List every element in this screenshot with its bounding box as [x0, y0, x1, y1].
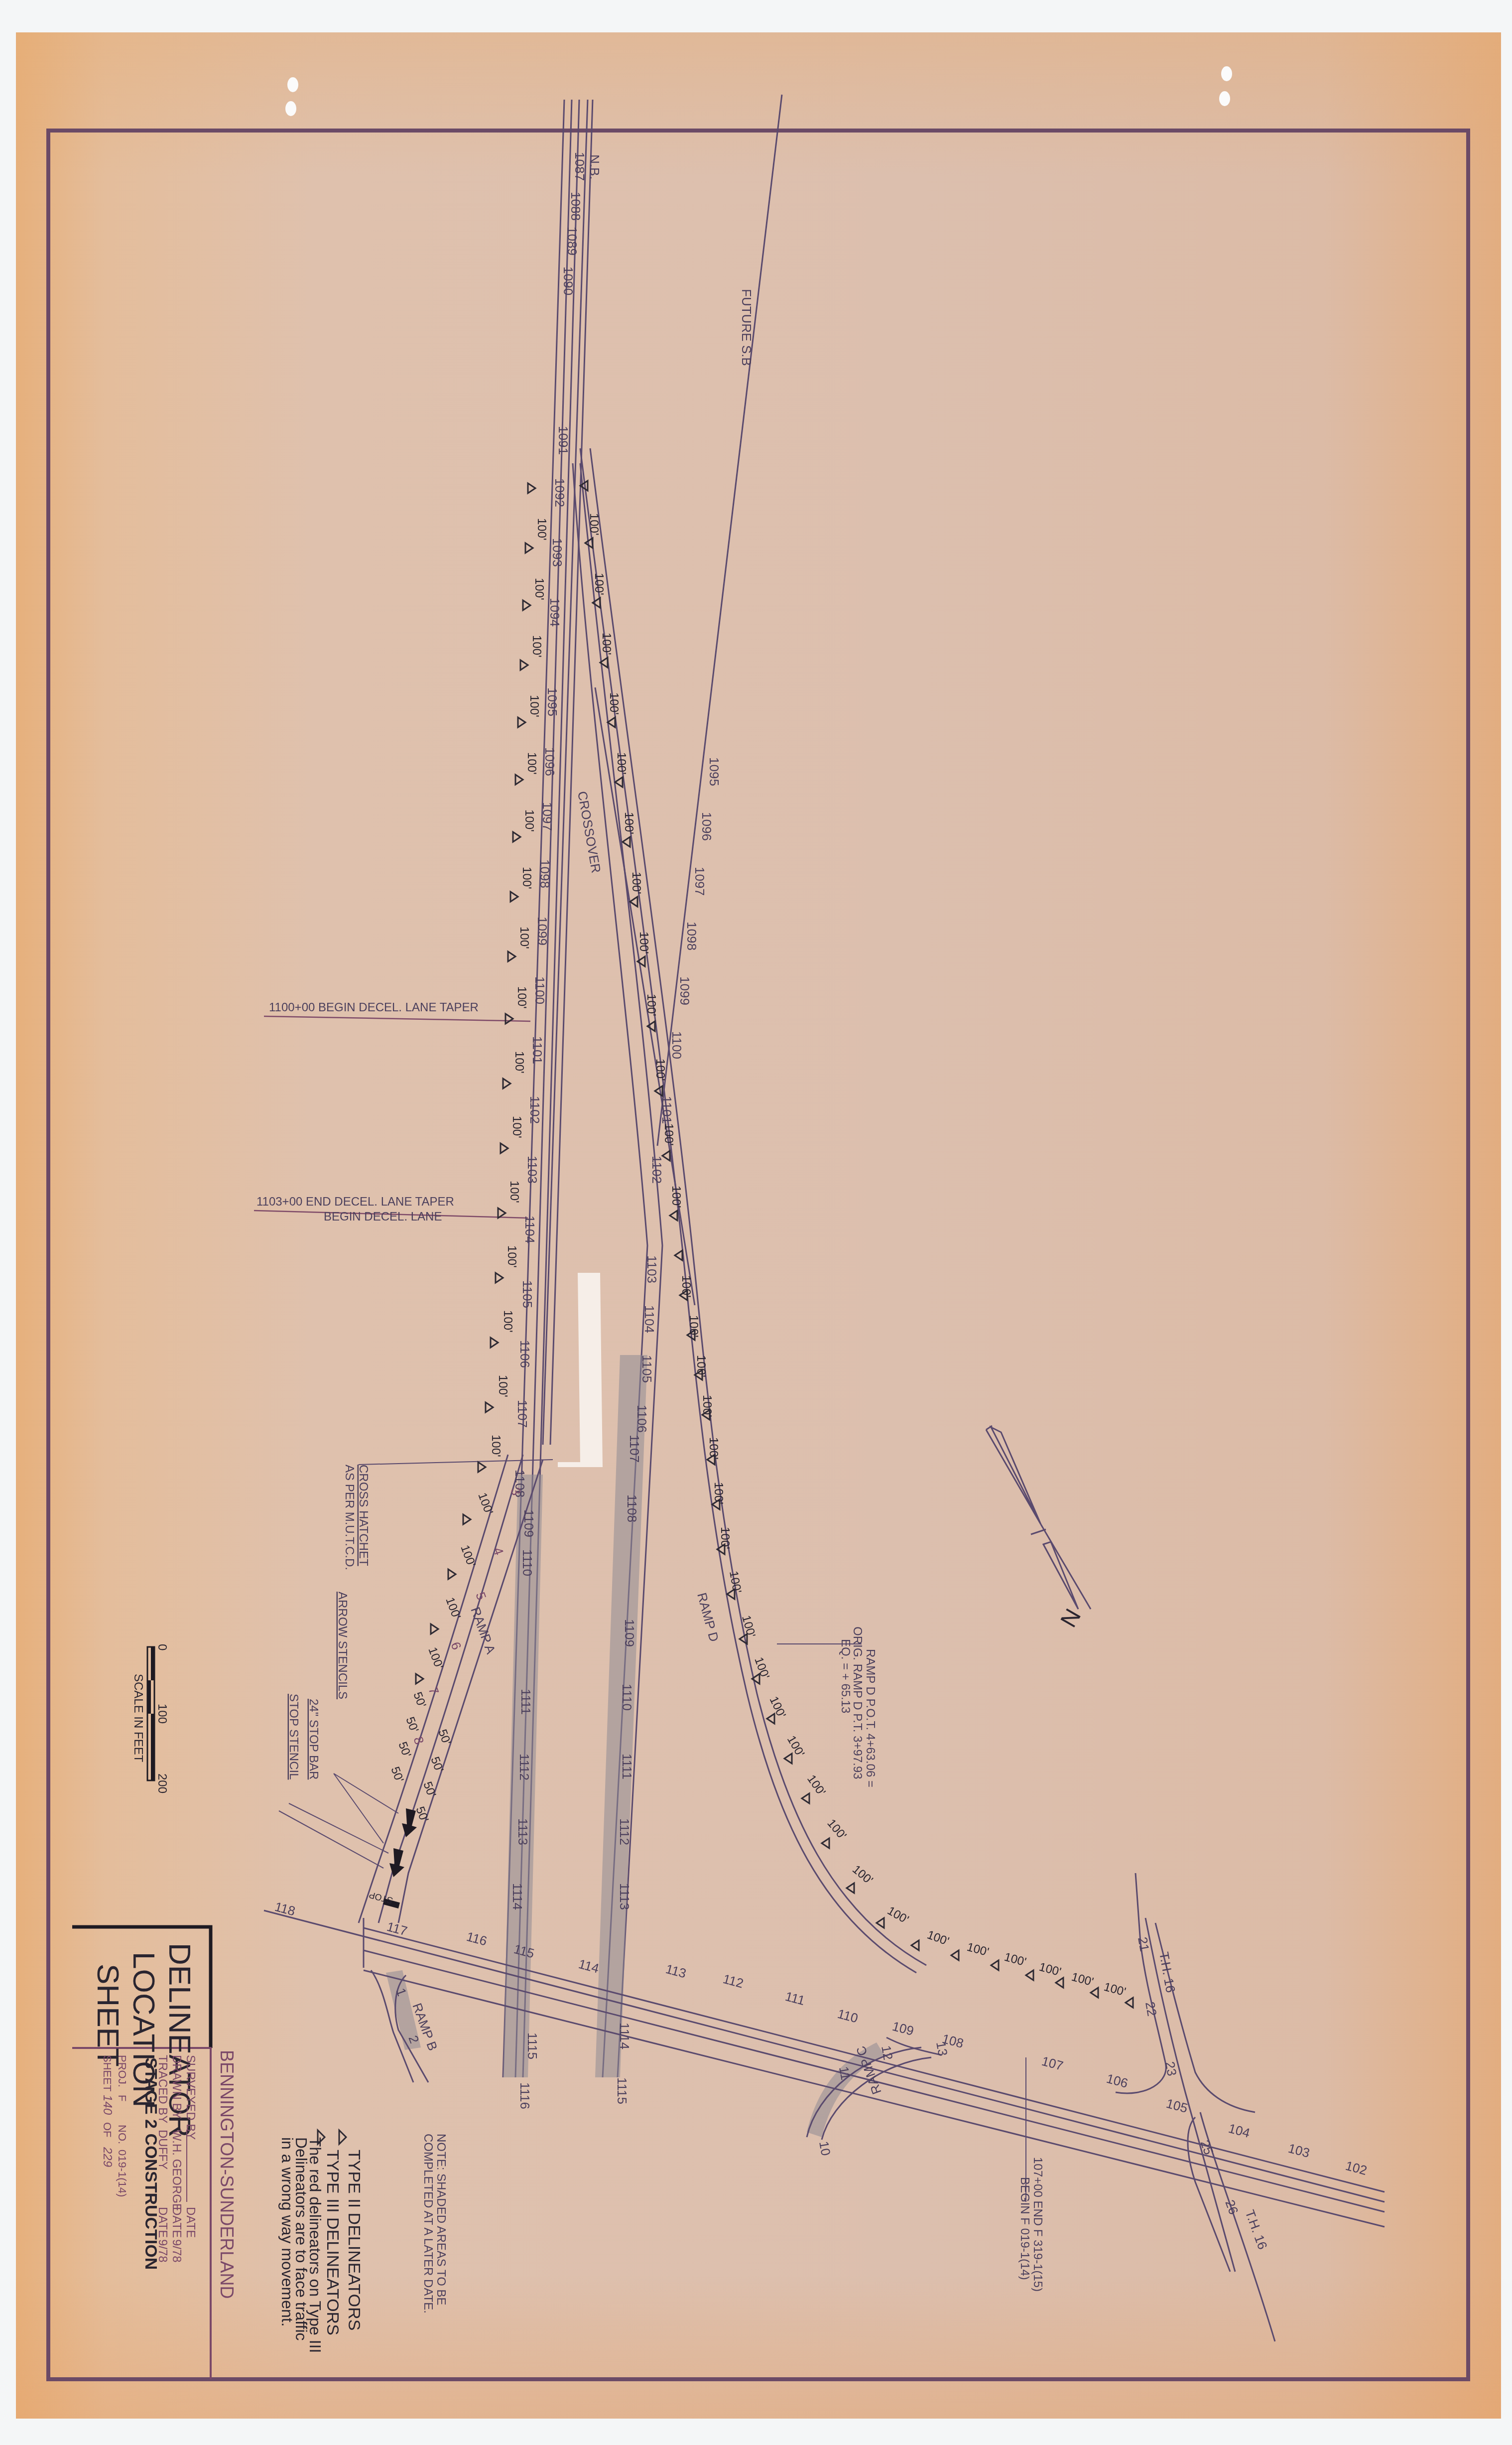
svg-text:104: 104: [1227, 2121, 1252, 2141]
callout-arrow-stencils: ARROW STENCILS: [336, 1592, 349, 1699]
svg-text:1099: 1099: [677, 976, 692, 1005]
svg-text:1115: 1115: [615, 2077, 630, 2104]
title-block: DELINEATOR LOCATION SHEET BENNINGTON-SUN…: [72, 1927, 237, 2379]
svg-text:DATE: DATE: [170, 2207, 183, 2238]
svg-text:1101: 1101: [530, 1036, 545, 1064]
svg-text:1104: 1104: [522, 1216, 537, 1243]
project-name: BENNINGTON-SUNDERLAND: [217, 2050, 237, 2299]
svg-text:1109: 1109: [521, 1509, 536, 1537]
plan-drawing: N: [0, 0, 1512, 2445]
svg-text:100': 100': [501, 1310, 514, 1333]
north-label: N: [1055, 1604, 1086, 1631]
svg-text:DATE: DATE: [184, 2207, 197, 2238]
svg-text:100': 100': [520, 867, 533, 889]
svg-text:SURVEYED BY: SURVEYED BY: [184, 2055, 197, 2140]
svg-text:1114: 1114: [617, 2023, 632, 2049]
svg-text:21: 21: [1135, 1936, 1152, 1953]
svg-text:1110: 1110: [620, 1684, 634, 1711]
scale-bar: 0 100 200 SCALE IN FEET: [131, 1644, 169, 1793]
svg-text:100': 100': [687, 1315, 700, 1338]
svg-text:1113: 1113: [617, 1883, 632, 1910]
spacing-labels: 100' 100' 100' 100' 100' 100' 100' 100' …: [388, 513, 1127, 1999]
svg-text:CROSSOVER: CROSSOVER: [575, 790, 604, 874]
station-labels: 1087 1088 1089 1090 1091 1092 1093 1094 …: [273, 152, 1369, 2216]
svg-text:1112: 1112: [517, 1754, 532, 1780]
svg-text:1095: 1095: [707, 757, 722, 786]
title-line: SHEET: [91, 1964, 125, 2067]
callout-end-f: 107+00 END F 319-1(15): [1031, 2157, 1044, 2292]
svg-text:112: 112: [721, 1971, 745, 1991]
svg-text:1097: 1097: [692, 867, 707, 896]
svg-text:100': 100': [739, 1614, 758, 1639]
svg-text:100': 100': [694, 1355, 708, 1377]
callout-begin-lane: BEGIN DECEL. LANE: [324, 1210, 442, 1223]
svg-text:106: 106: [1105, 2071, 1130, 2091]
svg-text:1111: 1111: [620, 1754, 634, 1779]
svg-text:1088: 1088: [568, 192, 583, 221]
svg-text:EQ. = + 65.13: EQ. = + 65.13: [839, 1639, 852, 1713]
svg-text:1092: 1092: [552, 478, 567, 507]
callouts: 1100+00 BEGIN DECEL. LANE TAPER 1103+00 …: [256, 1001, 1044, 2292]
svg-text:RAMP A: RAMP A: [468, 1605, 499, 1656]
svg-text:100': 100': [522, 810, 536, 832]
svg-text:12: 12: [879, 2044, 896, 2061]
svg-text:100': 100': [1003, 1950, 1027, 1969]
svg-text:100': 100': [527, 695, 541, 717]
svg-text:110: 110: [836, 2006, 860, 2026]
svg-text:100': 100': [622, 812, 635, 834]
svg-text:COMPLETED AT A LATER DATE.: COMPLETED AT A LATER DATE.: [421, 2134, 435, 2313]
svg-text:100': 100': [475, 1491, 496, 1516]
type2-delineator-icon: [339, 2130, 346, 2144]
svg-text:N.B.: N.B.: [587, 154, 602, 180]
whiteout-patch: [558, 1273, 603, 1467]
svg-text:100': 100': [496, 1375, 509, 1397]
svg-text:PROJ.: PROJ.: [116, 2055, 128, 2087]
svg-text:100': 100': [615, 752, 628, 775]
svg-text:1104: 1104: [642, 1305, 657, 1333]
svg-text:100': 100': [587, 513, 601, 536]
svg-text:1100: 1100: [532, 976, 547, 1004]
svg-text:DRAWN BY: DRAWN BY: [170, 2055, 183, 2119]
svg-text:100': 100': [630, 872, 643, 894]
sheet-total: 229: [101, 2147, 114, 2167]
svg-text:FUTURE S.B: FUTURE S.B: [739, 289, 754, 366]
svg-text:1114: 1114: [510, 1883, 525, 1910]
stage-label: STAGE 2 CONSTRUCTION: [141, 2057, 160, 2270]
svg-text:1101: 1101: [659, 1096, 674, 1124]
svg-text:50': 50': [388, 1765, 406, 1784]
svg-text:10: 10: [816, 2140, 834, 2157]
svg-text:113: 113: [664, 1961, 688, 1981]
svg-text:ORIG. RAMP D P.T. 3+97.93: ORIG. RAMP D P.T. 3+97.93: [851, 1627, 864, 1779]
callout-stop-stencil: STOP STENCIL: [287, 1694, 300, 1780]
svg-text:1107: 1107: [515, 1400, 530, 1428]
svg-text:100': 100': [505, 1245, 518, 1268]
future-sb-line: [657, 95, 782, 1146]
svg-text:1100: 1100: [669, 1031, 684, 1059]
svg-text:1111: 1111: [518, 1689, 533, 1715]
svg-text:1105: 1105: [639, 1355, 654, 1383]
svg-text:100': 100': [885, 1904, 911, 1927]
svg-text:100': 100': [425, 1645, 446, 1671]
drawn-by: W.H. GEORGE: [170, 2130, 183, 2211]
svg-text:50': 50': [420, 1780, 438, 1799]
svg-text:100: 100: [155, 1704, 169, 1724]
svg-text:50': 50': [395, 1740, 413, 1760]
svg-text:100': 100': [653, 1059, 667, 1081]
svg-text:23: 23: [1162, 2060, 1180, 2077]
svg-text:200: 200: [155, 1773, 169, 1793]
svg-text:1102: 1102: [527, 1096, 542, 1124]
svg-text:4: 4: [490, 1545, 506, 1557]
svg-text:50': 50': [410, 1690, 428, 1710]
svg-text:102: 102: [1344, 2158, 1369, 2178]
svg-text:26: 26: [1222, 2198, 1241, 2216]
project-number: 019-1(14): [116, 2150, 128, 2197]
svg-text:TYPE II DELINEATORS: TYPE II DELINEATORS: [345, 2150, 364, 2330]
svg-text:50': 50': [413, 1805, 431, 1824]
north-arrow-icon: N: [986, 1426, 1091, 1631]
svg-text:117: 117: [385, 1919, 409, 1939]
svg-text:109: 109: [890, 2019, 915, 2038]
svg-text:OF: OF: [101, 2122, 114, 2138]
svg-text:100': 100': [1070, 1970, 1095, 1989]
svg-text:1107: 1107: [627, 1435, 642, 1463]
svg-text:100': 100': [1102, 1980, 1127, 1999]
callout-begin-taper: 1100+00 BEGIN DECEL. LANE TAPER: [269, 1001, 479, 1014]
svg-text:118: 118: [273, 1899, 297, 1919]
svg-text:100': 100': [712, 1482, 725, 1504]
svg-text:AS PER M.U.T.C.D.: AS PER M.U.T.C.D.: [343, 1465, 356, 1570]
svg-text:100': 100': [637, 932, 650, 954]
svg-text:100': 100': [965, 1940, 990, 1959]
svg-text:100': 100': [507, 1181, 521, 1203]
svg-text:100': 100': [592, 573, 606, 595]
svg-text:SHEET: SHEET: [101, 2055, 114, 2091]
svg-text:100': 100': [662, 1123, 675, 1146]
svg-text:1094: 1094: [547, 598, 562, 627]
svg-text:100': 100': [525, 752, 538, 775]
svg-text:100': 100': [443, 1596, 463, 1621]
svg-text:100': 100': [458, 1543, 478, 1569]
callout-stop-bar: 24" STOP BAR: [307, 1699, 320, 1779]
svg-text:1115: 1115: [525, 2033, 540, 2059]
svg-text:1099: 1099: [535, 917, 550, 946]
svg-text:100': 100': [718, 1527, 732, 1549]
svg-text:13: 13: [933, 2040, 951, 2057]
callout-cross-hatch: CROSS HATCHET: [357, 1465, 370, 1566]
svg-text:100': 100': [535, 518, 548, 541]
svg-text:100': 100': [600, 633, 613, 655]
svg-text:SCALE IN FEET: SCALE IN FEET: [131, 1674, 145, 1763]
svg-text:1106: 1106: [517, 1340, 532, 1368]
svg-text:1095: 1095: [545, 687, 560, 716]
svg-text:5: 5: [473, 1590, 489, 1602]
svg-text:T.H. 16: T.H. 16: [1242, 2208, 1270, 2252]
svg-text:11: 11: [836, 2065, 853, 2081]
svg-text:107: 107: [1040, 2053, 1065, 2073]
svg-text:100': 100': [707, 1437, 720, 1460]
svg-text:100': 100': [925, 1928, 951, 1948]
svg-text:1089: 1089: [565, 227, 580, 256]
svg-text:100': 100': [1037, 1960, 1062, 1979]
svg-text:1103: 1103: [644, 1255, 659, 1283]
sheet-number: 140: [101, 2095, 114, 2115]
drawn-date: 9/78: [170, 2239, 183, 2263]
svg-text:111: 111: [783, 1989, 806, 2008]
svg-text:1097: 1097: [540, 802, 555, 831]
svg-text:1090: 1090: [561, 267, 576, 295]
svg-text:1110: 1110: [520, 1549, 535, 1576]
stop-stencil-text: STOP: [368, 1890, 394, 1906]
svg-text:100': 100': [517, 927, 531, 949]
svg-text:22: 22: [1142, 2001, 1160, 2018]
svg-text:1116: 1116: [517, 2082, 532, 2109]
svg-text:100': 100': [530, 635, 543, 658]
svg-text:0: 0: [155, 1644, 169, 1650]
svg-text:1109: 1109: [622, 1619, 637, 1647]
svg-text:RAMP D: RAMP D: [694, 1591, 722, 1643]
svg-text:103: 103: [1286, 2141, 1311, 2161]
svg-text:1093: 1093: [550, 538, 565, 567]
svg-text:100': 100': [515, 986, 528, 1009]
svg-text:1103: 1103: [525, 1156, 540, 1184]
svg-text:100': 100': [489, 1435, 503, 1457]
svg-text:1098: 1098: [537, 859, 552, 888]
svg-text:1087: 1087: [572, 152, 587, 181]
svg-text:in a wrong way movement.: in a wrong way movement.: [278, 2137, 296, 2327]
svg-text:50': 50': [403, 1715, 421, 1735]
svg-text:100': 100': [669, 1186, 683, 1208]
svg-text:1106: 1106: [634, 1405, 649, 1433]
svg-text:100': 100': [700, 1395, 714, 1417]
sheet-border: [48, 131, 1468, 2379]
svg-text:100': 100': [727, 1570, 744, 1594]
svg-text:1105: 1105: [520, 1280, 535, 1308]
svg-text:F: F: [116, 2095, 128, 2101]
svg-text:105: 105: [1164, 2096, 1189, 2116]
svg-text:100': 100': [512, 1051, 526, 1074]
svg-text:1113: 1113: [515, 1818, 530, 1845]
svg-text:1096: 1096: [699, 812, 714, 841]
svg-text:BEGIN F 019-1(14): BEGIN F 019-1(14): [1018, 2177, 1031, 2280]
svg-text:TYPE III DELINEATORS: TYPE III DELINEATORS: [323, 2150, 342, 2335]
shaded-area-note: NOTE: SHADED AREAS TO BE COMPLETED AT A …: [421, 2134, 448, 2313]
svg-text:1091: 1091: [556, 426, 571, 455]
svg-text:1096: 1096: [542, 747, 557, 776]
svg-text:1098: 1098: [684, 922, 699, 951]
svg-text:1108: 1108: [625, 1494, 639, 1522]
callout-end-taper: 1103+00 END DECEL. LANE TAPER: [256, 1195, 454, 1209]
legend: TYPE II DELINEATORS TYPE III DELINEATORS…: [278, 2130, 364, 2353]
svg-text:114: 114: [577, 1956, 601, 1976]
svg-text:NO.: NO.: [116, 2125, 128, 2144]
svg-text:100': 100': [644, 994, 658, 1016]
svg-text:116: 116: [465, 1929, 489, 1949]
svg-text:1102: 1102: [649, 1156, 664, 1184]
svg-text:100': 100': [532, 578, 546, 600]
callout-ramp-d: RAMP D P.O.T. 4+63.06 =: [864, 1649, 877, 1787]
svg-text:100': 100': [607, 692, 621, 715]
svg-text:1112: 1112: [617, 1818, 632, 1845]
svg-text:100': 100': [510, 1116, 523, 1138]
svg-text:NOTE: SHADED AREAS TO BE: NOTE: SHADED AREAS TO BE: [434, 2134, 448, 2306]
svg-text:100': 100': [679, 1275, 693, 1298]
